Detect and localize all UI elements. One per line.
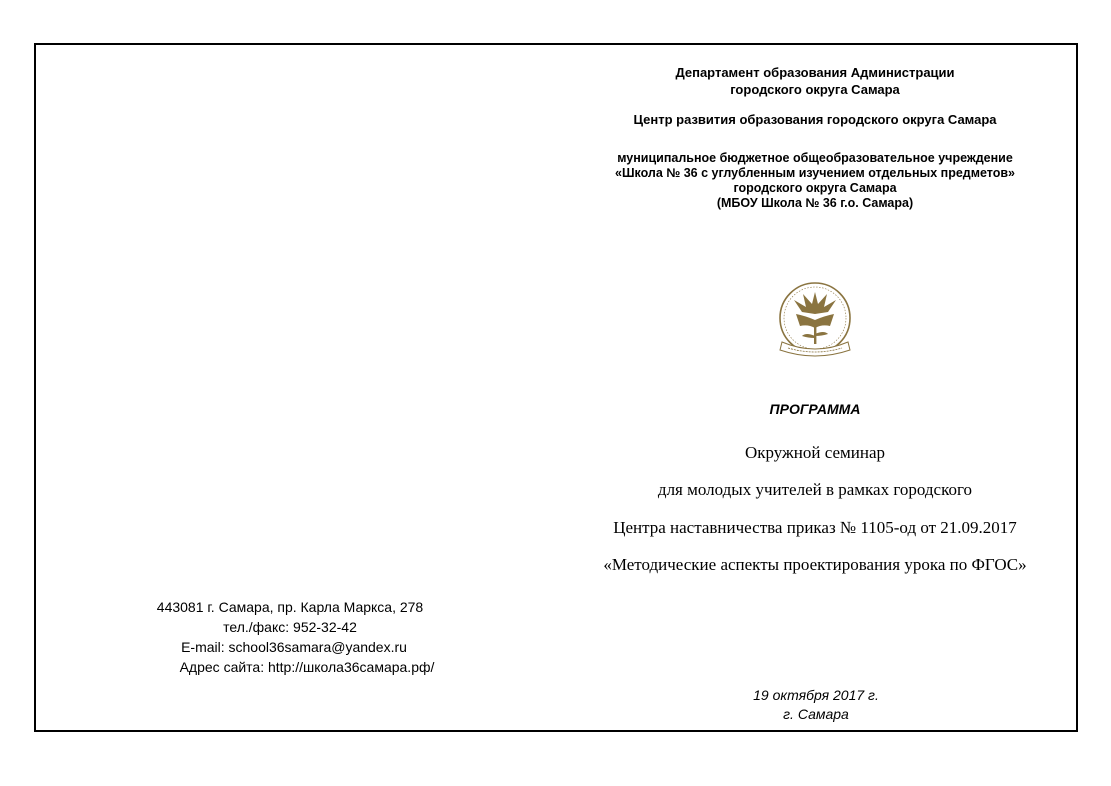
contact-phone: тел./факс: 952-32-42: [120, 617, 460, 637]
program-line-2: для молодых учителей в рамках городского: [570, 480, 1060, 500]
institution-block: муниципальное бюджетное общеобразователь…: [570, 151, 1060, 211]
program-line-3: Центра наставничества приказ № 1105-од о…: [570, 518, 1060, 538]
institution-line-2: «Школа № 36 с углубленным изучением отде…: [570, 166, 1060, 181]
department-heading: Департамент образования Администрации го…: [570, 64, 1060, 98]
center-heading: Центр развития образования городского ок…: [570, 111, 1060, 128]
footer-city: г. Самара: [700, 705, 932, 724]
department-line-1: Департамент образования Администрации: [570, 64, 1060, 81]
footer-block: 19 октября 2017 г. г. Самара: [700, 686, 932, 724]
contact-website: Адрес сайта: http://школа36самара.рф/: [120, 657, 460, 677]
institution-line-3: городского округа Самара: [570, 181, 1060, 196]
institution-line-1: муниципальное бюджетное общеобразователь…: [570, 151, 1060, 166]
program-line-1: Окружной семинар: [570, 443, 1060, 463]
program-title: ПРОГРАММА: [570, 401, 1060, 417]
department-line-2: городского округа Самара: [570, 81, 1060, 98]
contact-email: E-mail: school36samara@yandex.ru: [120, 637, 460, 657]
contact-address: 443081 г. Самара, пр. Карла Маркса, 278: [120, 597, 460, 617]
contact-block: 443081 г. Самара, пр. Карла Маркса, 278 …: [120, 597, 460, 677]
program-line-4: «Методические аспекты проектирования уро…: [570, 555, 1060, 575]
school-emblem-icon: [772, 280, 858, 360]
institution-line-4: (МБОУ Школа № 36 г.о. Самара): [570, 196, 1060, 211]
footer-date: 19 октября 2017 г.: [700, 686, 932, 705]
